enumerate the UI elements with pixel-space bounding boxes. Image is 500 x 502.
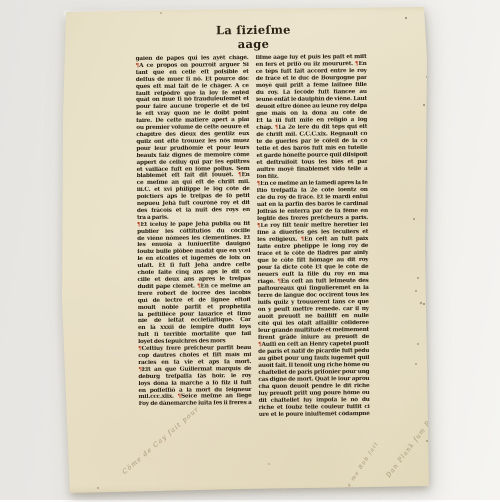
text-column-left: gaien de papes qui les ayēt chāgé.¶A ce … [136, 55, 252, 408]
rubric-pilcrow: ¶ [197, 283, 201, 289]
rubric-pilcrow: ¶ [257, 223, 261, 229]
rubric-pilcrow: ¶ [138, 367, 142, 373]
rubric-pilcrow: ¶ [258, 342, 262, 348]
rubric-pilcrow: ¶ [275, 125, 279, 131]
incunable-leaf: La ſizieſme aage gaien de papes qui les … [0, 0, 500, 500]
paper-specks [0, 0, 2, 2]
text-line: des frācois et la nuit des roys en [137, 207, 250, 215]
rubric-pilcrow: ¶ [277, 279, 281, 285]
photo-background: La ſizieſme aage gaien de papes qui les … [0, 0, 500, 500]
rubric-pilcrow: ¶ [137, 222, 141, 228]
rubric-pilcrow: ¶ [257, 181, 261, 187]
rubric-pilcrow: ¶ [138, 346, 142, 352]
leaf-shadow: La ſizieſme aage gaien de papes qui les … [0, 0, 500, 500]
rubric-pilcrow: ¶ [238, 172, 242, 178]
rubric-pilcrow: ¶ [178, 394, 182, 400]
text-line: ure et le poure iniuſtemēt cōdampné [259, 411, 370, 419]
text-column-right: ſiſme aage luy et puis les paſt et miſte… [256, 54, 370, 419]
rubric-pilcrow: ¶ [136, 63, 140, 69]
rubric-pilcrow: ¶ [355, 61, 359, 67]
text-line: aultre moyē finablemēt vido telle a [257, 166, 368, 174]
rubric-pilcrow: ¶ [301, 237, 305, 243]
page-heading: La ſizieſme aage [198, 22, 308, 51]
